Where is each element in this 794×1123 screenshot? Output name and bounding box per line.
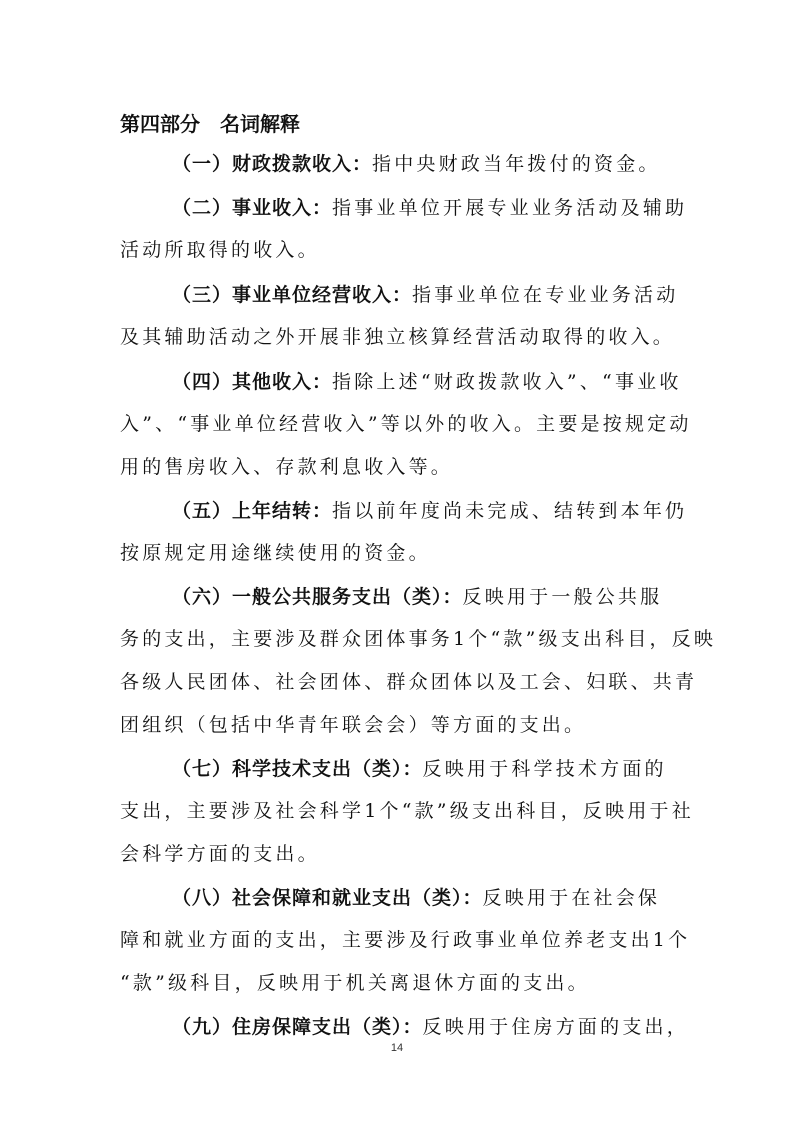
entry-term: （二）事业收入： — [172, 197, 332, 219]
entry-4-line-3: 用的售房收入、存款利息收入等。 — [120, 455, 665, 479]
entry-6-line-1: （六）一般公共服务支出（类）：反映用于一般公共服 — [172, 585, 665, 609]
entry-5-line-2: 按原规定用途继续使用的资金。 — [120, 541, 665, 565]
entry-8-line-1: （八）社会保障和就业支出（类）：反映用于在社会保 — [172, 886, 665, 910]
entry-4-line-1: （四）其他收入：指除上述“财政拨款收入”、“事业收 — [172, 370, 665, 394]
entry-text: 反映用于科学技术方面的 — [423, 758, 667, 780]
section-part: 第四部分 — [120, 112, 200, 136]
entry-6-line-4: 团组织（包括中华青年联会会）等方面的支出。 — [120, 713, 665, 737]
entry-text: 指事业单位开展专业业务活动及辅助 — [332, 197, 687, 219]
entry-5-line-1: （五）上年结转：指以前年度尚未完成、结转到本年仍 — [172, 499, 665, 523]
entry-term: （六）一般公共服务支出（类）： — [172, 586, 463, 608]
entry-4-line-2: 入”、“事业单位经营收入”等以外的收入。主要是按规定动 — [120, 412, 665, 436]
entry-6-line-3: 各级人民团体、社会团体、群众团体以及工会、妇联、共青 — [120, 670, 665, 694]
entry-text: 指事业单位在专业业务活动 — [412, 284, 678, 306]
entry-9-line-1: （九）住房保障支出（类）：反映用于住房方面的支出， — [172, 1015, 665, 1039]
entry-term: （五）上年结转： — [172, 500, 332, 522]
entry-term: （三）事业单位经营收入： — [172, 284, 412, 306]
entry-term: （一）财政拨款收入： — [172, 153, 372, 175]
entry-text: 指以前年度尚未完成、结转到本年仍 — [332, 500, 687, 522]
section-title: 第四部分名词解释 — [120, 108, 300, 137]
page-number: 14 — [0, 1042, 794, 1054]
section-name: 名词解释 — [220, 112, 300, 136]
entry-text: 反映用于一般公共服 — [463, 586, 663, 608]
entry-term: （八）社会保障和就业支出（类）： — [172, 887, 483, 909]
entry-text: 指中央财政当年拨付的资金。 — [372, 153, 661, 175]
entry-3-line-1: （三）事业单位经营收入：指事业单位在专业业务活动 — [172, 283, 665, 307]
entry-6-line-2: 务的支出，主要涉及群众团体事务1个“款”级支出科目，反映 — [120, 627, 665, 651]
entry-7-line-1: （七）科学技术支出（类）：反映用于科学技术方面的 — [172, 757, 665, 781]
entry-3-line-2: 及其辅助活动之外开展非独立核算经营活动取得的收入。 — [120, 325, 665, 349]
entry-text: 反映用于住房方面的支出， — [423, 1016, 689, 1038]
entry-term: （九）住房保障支出（类）： — [172, 1016, 423, 1038]
entry-term: （四）其他收入： — [172, 371, 332, 393]
entry-text: 指除上述“财政拨款收入”、“事业收 — [332, 371, 682, 393]
entry-8-line-2: 障和就业方面的支出，主要涉及行政事业单位养老支出1个 — [120, 928, 665, 952]
entry-8-line-3: “款”级科目，反映用于机关离退休方面的支出。 — [120, 971, 665, 995]
entry-text: 反映用于在社会保 — [483, 887, 661, 909]
entry-2-line-2: 活动所取得的收入。 — [120, 238, 665, 262]
entry-2-line-1: （二）事业收入：指事业单位开展专业业务活动及辅助 — [172, 196, 665, 220]
entry-term: （七）科学技术支出（类）： — [172, 758, 423, 780]
entry-7-line-2: 支出，主要涉及社会科学1个“款”级支出科目，反映用于社 — [120, 799, 665, 823]
entry-7-line-3: 会科学方面的支出。 — [120, 842, 665, 866]
entry-1-line-1: （一）财政拨款收入：指中央财政当年拨付的资金。 — [172, 152, 665, 176]
